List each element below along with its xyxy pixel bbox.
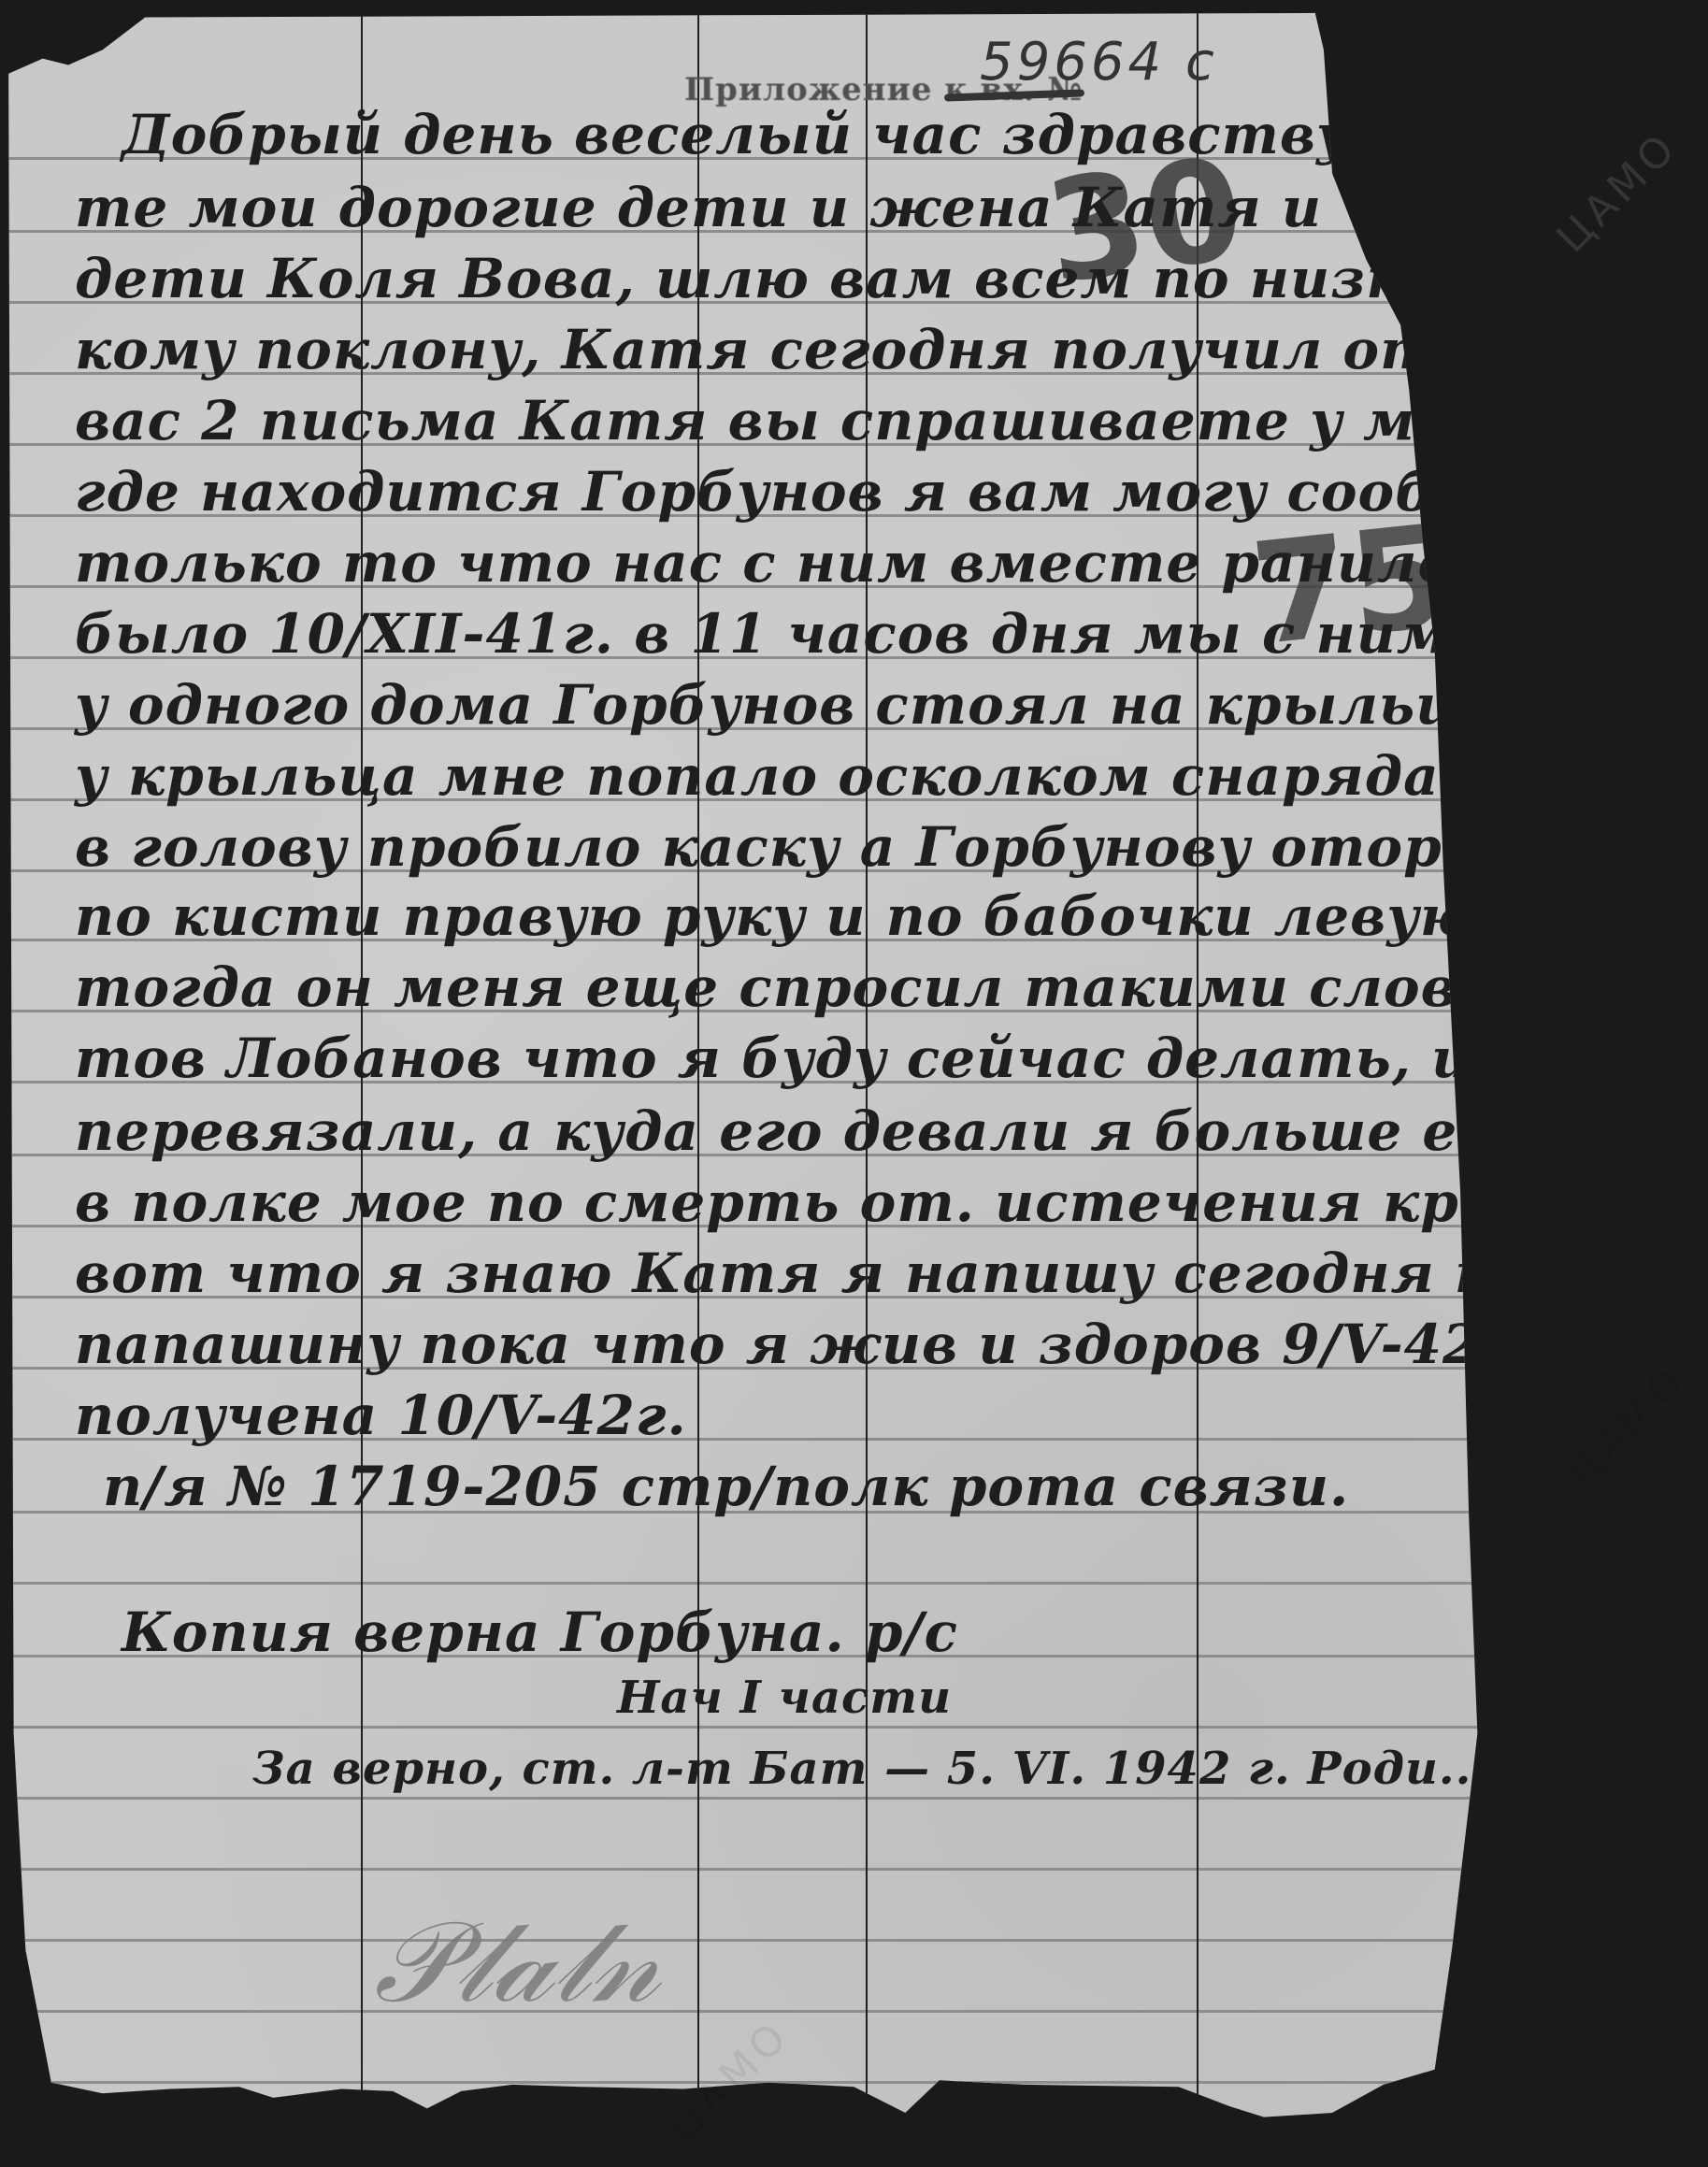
letter-line: было 10/XII-41г. в 11 часов дня мы с ним… bbox=[75, 602, 1708, 666]
letter-line: только то что нас с ним вместе ранило эт… bbox=[75, 531, 1708, 595]
archive-watermark: ЦАМО bbox=[1548, 122, 1688, 263]
ruled-line bbox=[0, 1797, 1708, 1800]
letter-line: тов Лобанов что я буду сейчас делать, и … bbox=[75, 1026, 1708, 1090]
letter-line: перевязали, а куда его девали я больше е… bbox=[75, 1099, 1708, 1163]
ruled-line bbox=[0, 2081, 1708, 2084]
pencil-signature: 𝒫𝓁𝒶𝓁𝓃 bbox=[374, 1898, 660, 2029]
letter-line: у крыльца мне попало осколком снаряда bbox=[75, 744, 1440, 808]
letter-line: получена 10/V-42г. bbox=[75, 1384, 687, 1447]
letter-line: п/я № 1719-205 стр/полк рота связи. bbox=[103, 1455, 1349, 1518]
letter-line: те мои дорогие дети и жена Катя и bbox=[75, 176, 1322, 239]
letter-line: дети Коля Вова, шлю вам всем по низко- bbox=[75, 247, 1464, 310]
letter-line: Копия верна Горбуна. р/с bbox=[122, 1600, 958, 1664]
document-paper: Приложение к вх. № 59664 с 30 75 Добрый … bbox=[0, 0, 1708, 2167]
ruled-line bbox=[0, 1726, 1708, 1729]
letter-line: За верно, ст. л-т Бат — 5. VI. 1942 г. Р… bbox=[252, 1743, 1488, 1795]
column-rule bbox=[1535, 0, 1537, 2167]
ruled-line bbox=[0, 1582, 1708, 1585]
letter-line: Добрый день веселый час здравствуй bbox=[122, 103, 1390, 166]
ruled-line bbox=[0, 1868, 1708, 1871]
letter-line: где находится Горбунов я вам могу сообщи… bbox=[75, 460, 1633, 524]
ruled-line bbox=[0, 2010, 1708, 2013]
letter-line: вот что я знаю Катя я напишу сегодня пис… bbox=[75, 1241, 1696, 1305]
letter-line: тогда он меня еще спросил такими словами bbox=[75, 955, 1586, 1019]
ruled-line bbox=[0, 1939, 1708, 1942]
letter-line: вас 2 письма Катя вы спрашиваете у меня bbox=[75, 389, 1536, 452]
letter-line: у одного дома Горбунов стоял на крыльце … bbox=[75, 673, 1615, 737]
letter-line: по кисти правую руку и по бабочки левую … bbox=[75, 884, 1637, 948]
letter-line: в полке мое по смерть от. истечения кров… bbox=[75, 1170, 1573, 1234]
letter-line: Нач I части bbox=[617, 1672, 952, 1724]
letter-line: в голову пробило каску а Горбунову оторв… bbox=[75, 815, 1592, 879]
letter-line: папашину пока что я жив и здоров 9/V-42г… bbox=[75, 1313, 1532, 1376]
archive-watermark: ЦАМО bbox=[1557, 1356, 1698, 1497]
document-number: 59664 с bbox=[980, 32, 1218, 93]
letter-line: кому поклону, Катя сегодня получил от bbox=[75, 318, 1438, 381]
